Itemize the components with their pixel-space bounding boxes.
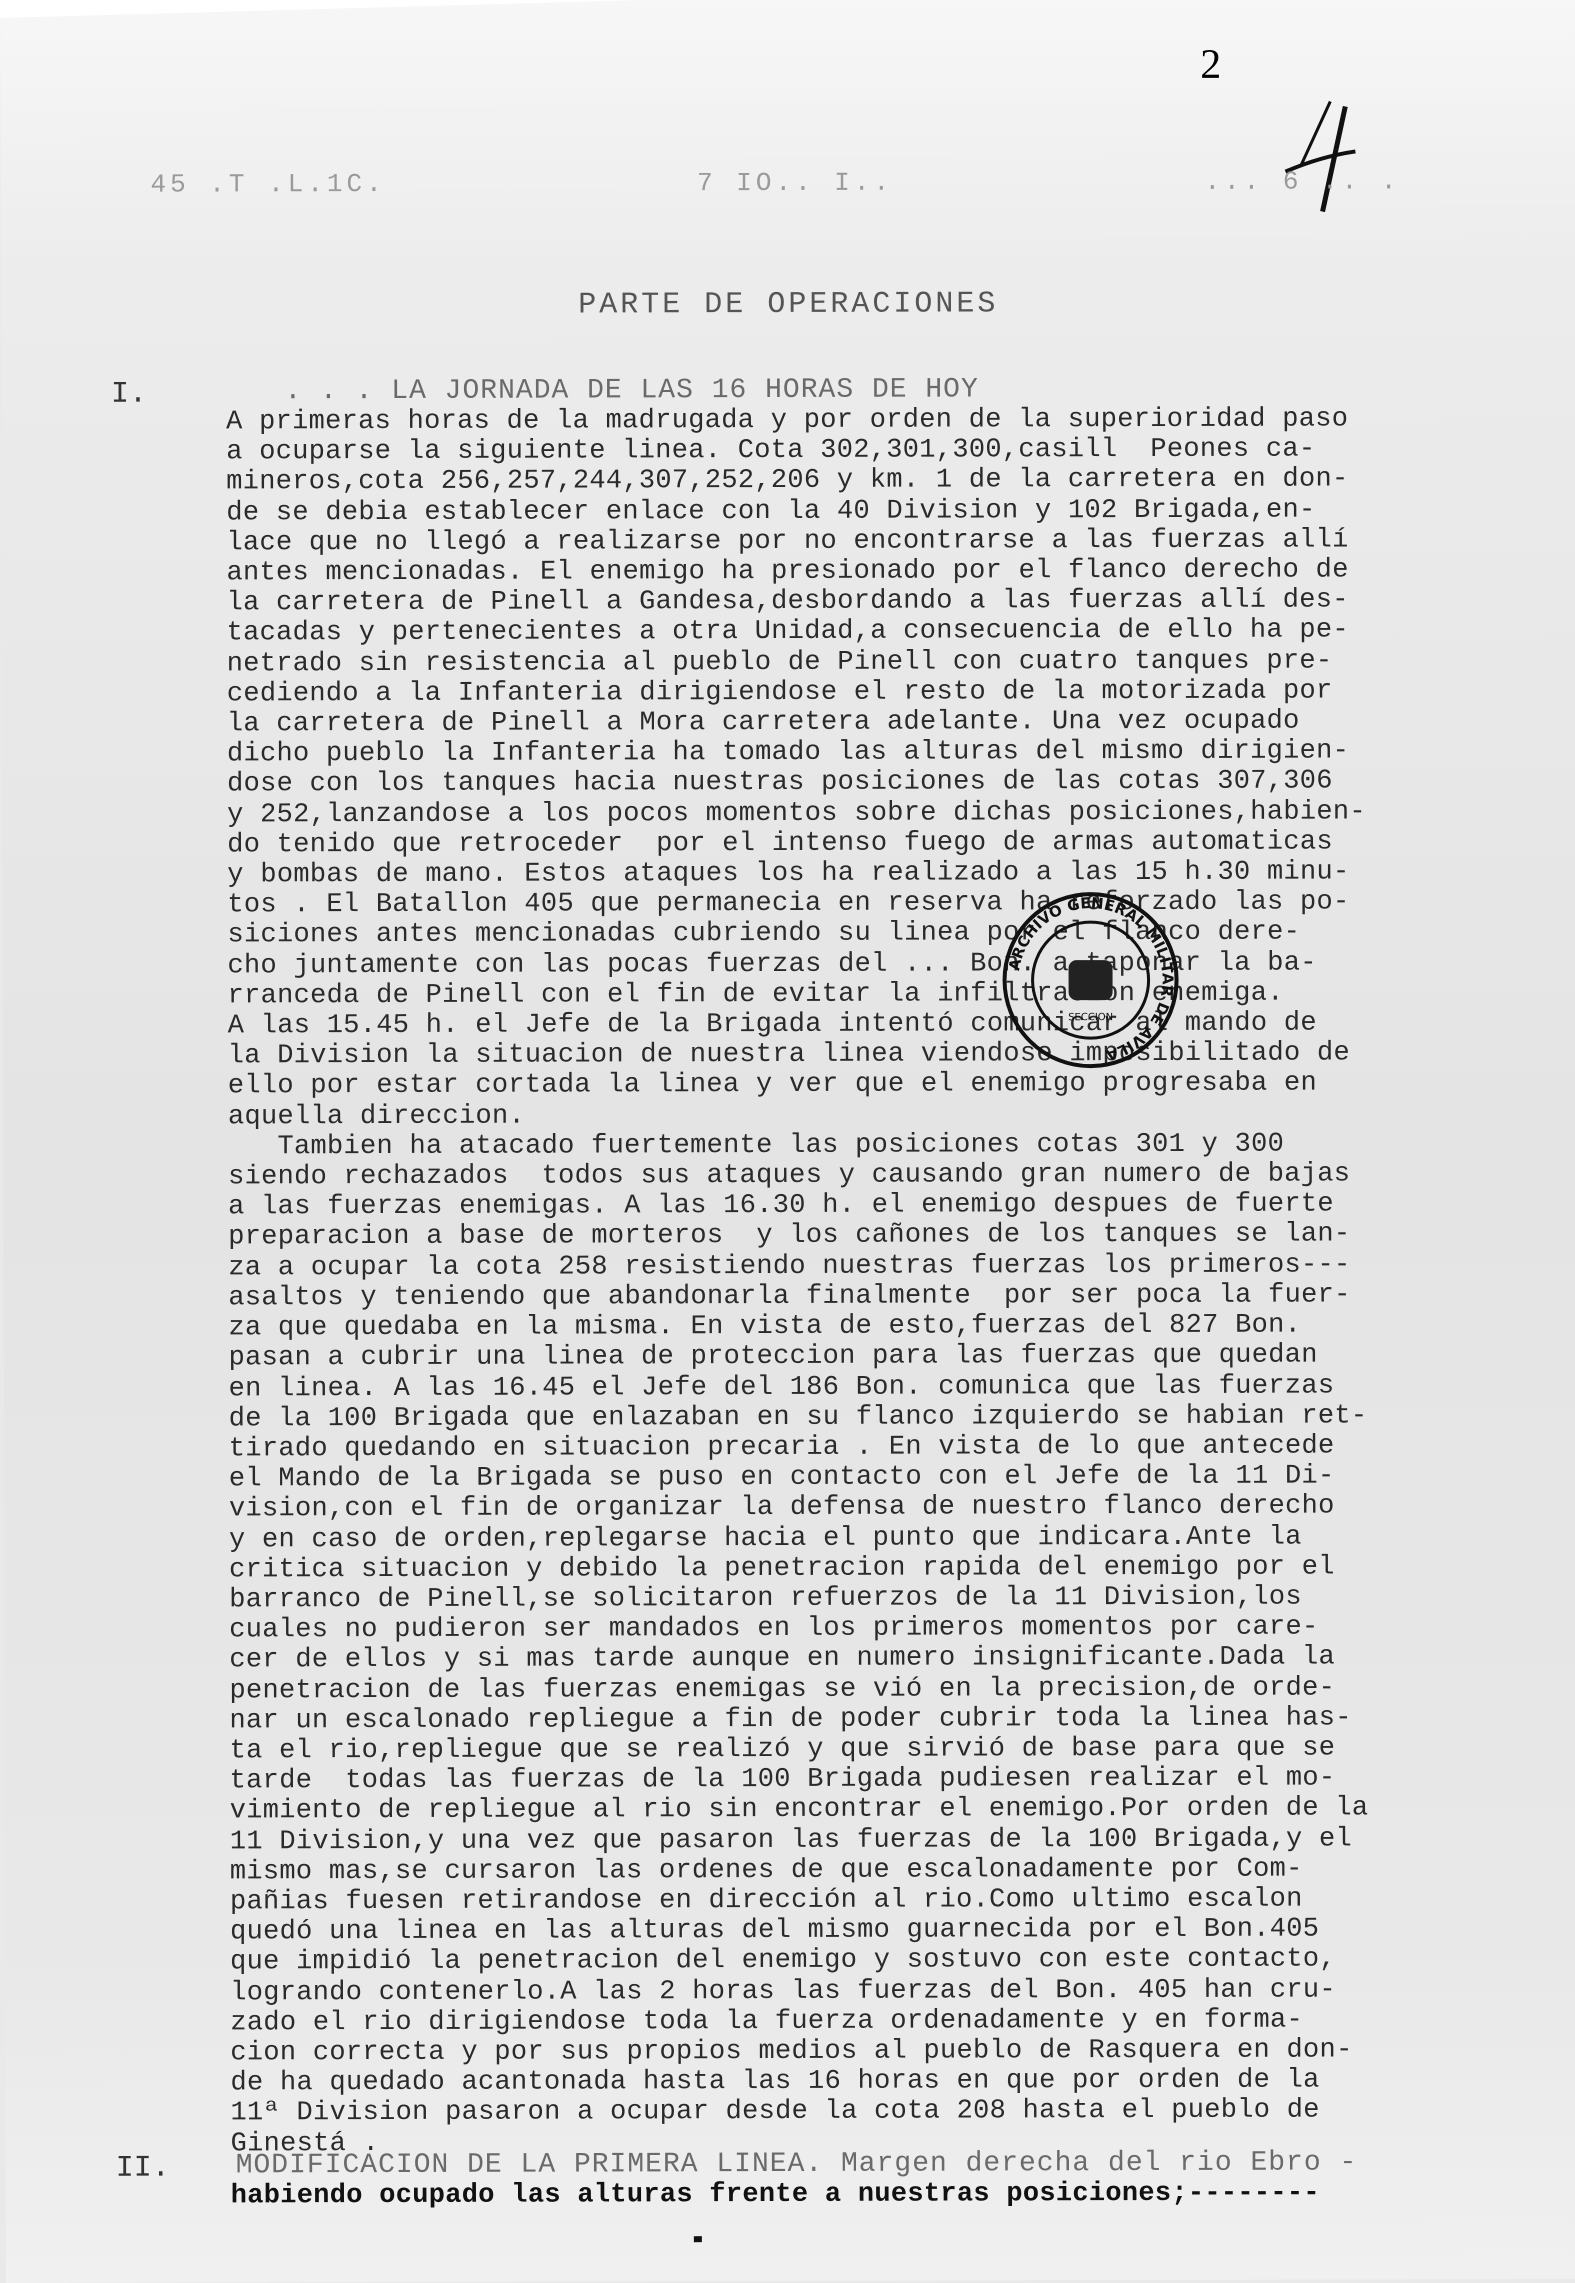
section-number: II.: [116, 2152, 170, 2186]
document-header: 45 .T .L.1C. 7 IO.. I.. ... 6 .. .: [150, 166, 1400, 199]
section-heading: MODIFICACION DE LA PRIMERA LINEA. Margen…: [236, 2148, 1536, 2181]
svg-text:SECCION: SECCION: [1068, 1012, 1113, 1023]
ink-dot: [694, 2236, 702, 2242]
section-number: I.: [111, 378, 147, 412]
section-heading: . . . LA JORNADA DE LAS 16 HORAS DE HOY: [231, 374, 1531, 407]
header-fragment: 45 .T .L.1C.: [150, 169, 385, 200]
paper-top-edge: [0, 0, 1575, 18]
handwritten-number-4-icon: [1260, 96, 1380, 216]
document-title: PARTE DE OPERACIONES: [1, 286, 1575, 324]
paragraph: Tambien ha atacado fuertemente las posic…: [228, 1129, 1536, 2159]
header-fragment: ... 6 .. .: [1204, 166, 1400, 197]
section-line: habiendo ocupado las alturas frente a nu…: [231, 2178, 1536, 2212]
paragraph: A primeras horas de la madrugada y por o…: [226, 404, 1533, 1132]
section-i: I. . . . LA JORNADA DE LAS 16 HORAS DE H…: [111, 374, 1536, 2159]
page-number: 2: [1200, 41, 1221, 89]
scanned-document-page: 2 45 .T .L.1C. 7 IO.. I.. ... 6 .. . PAR…: [0, 0, 1575, 2283]
header-fragment: 7 IO.. I..: [697, 168, 893, 199]
archive-stamp-icon: ARCHIVO GENERAL MILITAR DE AVILA SECCION: [1000, 890, 1180, 1070]
section-ii: II. MODIFICACION DE LA PRIMERA LINEA. Ma…: [116, 2148, 1536, 2212]
